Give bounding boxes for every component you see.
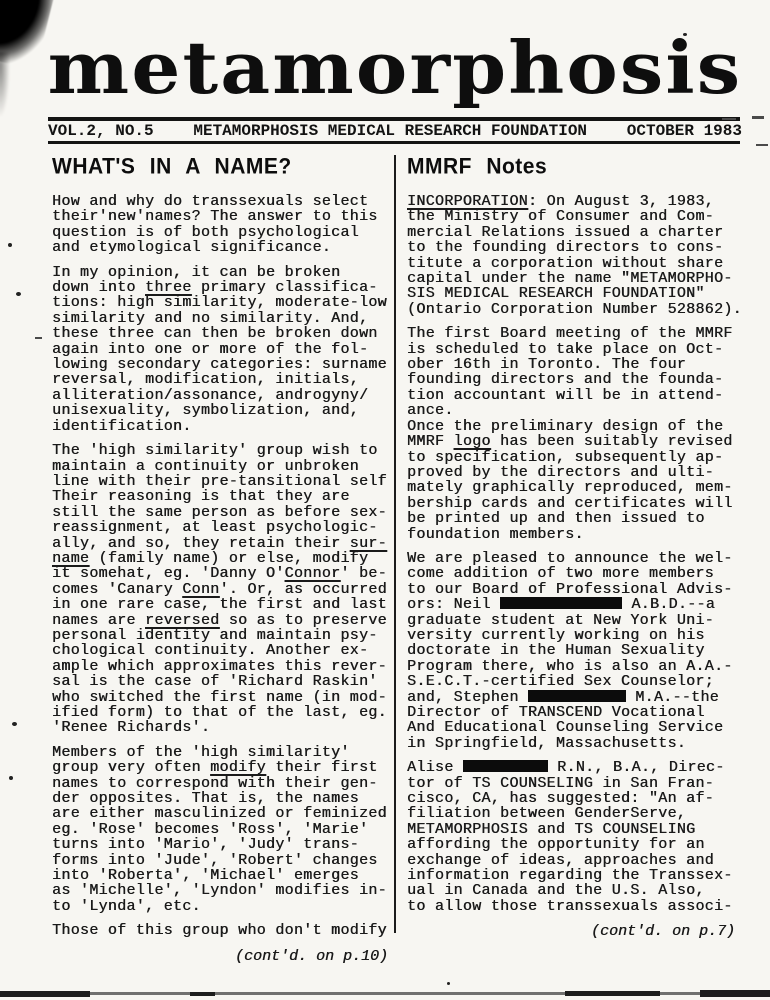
- organization-name: METAMORPHOSIS MEDICAL RESEARCH FOUNDATIO…: [193, 122, 587, 140]
- scan-speck: [8, 243, 12, 247]
- left-column: WHAT'S IN A NAME? How and why do transse…: [52, 155, 392, 965]
- continuation-note-right: (cont'd. on p.7): [407, 923, 739, 940]
- scan-speck: [12, 722, 17, 726]
- column-divider: [394, 155, 396, 933]
- newsletter-page: metamorphosis VOL.2, NO.5 METAMORPHOSIS …: [0, 0, 770, 1000]
- scan-speck: [722, 118, 736, 120]
- article-title-right: MMRF Notes: [407, 155, 739, 180]
- paragraph: The first Board meeting of the MMRF is s…: [407, 326, 739, 542]
- scan-speck: [756, 144, 768, 146]
- scan-speck: [16, 292, 21, 296]
- issue-date: OCTOBER 1983: [627, 122, 742, 140]
- paragraph: We are pleased to announce the wel- come…: [407, 551, 739, 751]
- redaction-bar: [463, 760, 548, 772]
- paragraph: In my opinion, it can be broken down int…: [52, 265, 392, 434]
- right-column: MMRF Notes INCORPORATION: On August 3, 1…: [407, 155, 739, 940]
- paragraph: Members of the 'high similarity' group v…: [52, 745, 392, 914]
- scan-artifact-bottom-edge: [700, 990, 770, 997]
- paragraph: How and why do transsexuals select their…: [52, 194, 392, 256]
- scan-artifact-corner-streak: [0, 52, 10, 118]
- volume-number: VOL.2, NO.5: [48, 122, 154, 140]
- article-title-left: WHAT'S IN A NAME?: [52, 155, 392, 180]
- scan-speck: [9, 776, 13, 780]
- scan-speck: [683, 33, 687, 36]
- paragraph: INCORPORATION: On August 3, 1983, the Mi…: [407, 194, 739, 317]
- issue-info-bar: VOL.2, NO.5 METAMORPHOSIS MEDICAL RESEAR…: [48, 122, 742, 140]
- paragraph: Those of this group who don't modify: [52, 923, 392, 938]
- paragraph: Alise R.N., B.A., Direc- tor of TS COUNS…: [407, 760, 739, 914]
- scan-speck: [447, 982, 450, 985]
- continuation-note-left: (cont'd. on p.10): [52, 948, 392, 965]
- redaction-bar: [500, 597, 622, 609]
- paragraph: The 'high similarity' group wish to main…: [52, 443, 392, 736]
- scan-artifact-bottom-edge: [190, 992, 215, 996]
- header-rule-top: [48, 117, 740, 121]
- redaction-bar: [528, 690, 626, 702]
- scan-speck: [35, 337, 42, 339]
- article-body-left: How and why do transsexuals select their…: [52, 194, 392, 939]
- scan-speck: [752, 116, 764, 119]
- article-body-right: INCORPORATION: On August 3, 1983, the Mi…: [407, 194, 739, 914]
- scan-artifact-bottom-edge: [0, 991, 90, 997]
- scan-artifact-bottom-edge: [565, 991, 660, 996]
- header-rule-bottom: [48, 141, 740, 144]
- masthead-logo: metamorphosis: [24, 28, 767, 110]
